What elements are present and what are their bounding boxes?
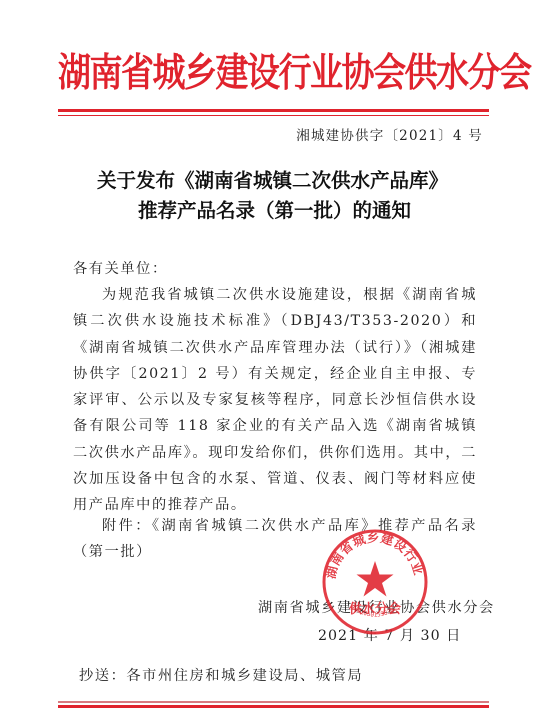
header-rule-thick [58,109,489,112]
footer-rule-thin [58,701,489,703]
salutation: 各有关单位： [73,256,477,282]
document-number: 湘城建协供字〔2021〕4 号 [296,124,483,144]
official-seal: 湖南省城乡建设行业协会 供水分会 4301050153830 [322,529,428,635]
body-paragraph: 为规范我省城镇二次供水设施建设，根据《湖南省城镇二次供水设施技术标准》（DBJ4… [73,282,477,519]
notice-title-line-2: 推荐产品名录（第一批）的通知 [0,196,545,226]
footer-rule-thick [58,705,489,708]
org-title: 湖南省城乡建设行业协会供水分会 [58,47,490,106]
header-rule-thin [58,115,489,116]
notice-title: 关于发布《湖南省城镇二次供水产品库》 推荐产品名录（第一批）的通知 [0,166,545,226]
cc-recipients: 抄送：各市州住房和城乡建设局、城管局 [79,665,363,685]
star-icon [357,561,394,597]
notice-title-line-1: 关于发布《湖南省城镇二次供水产品库》 [0,166,545,196]
